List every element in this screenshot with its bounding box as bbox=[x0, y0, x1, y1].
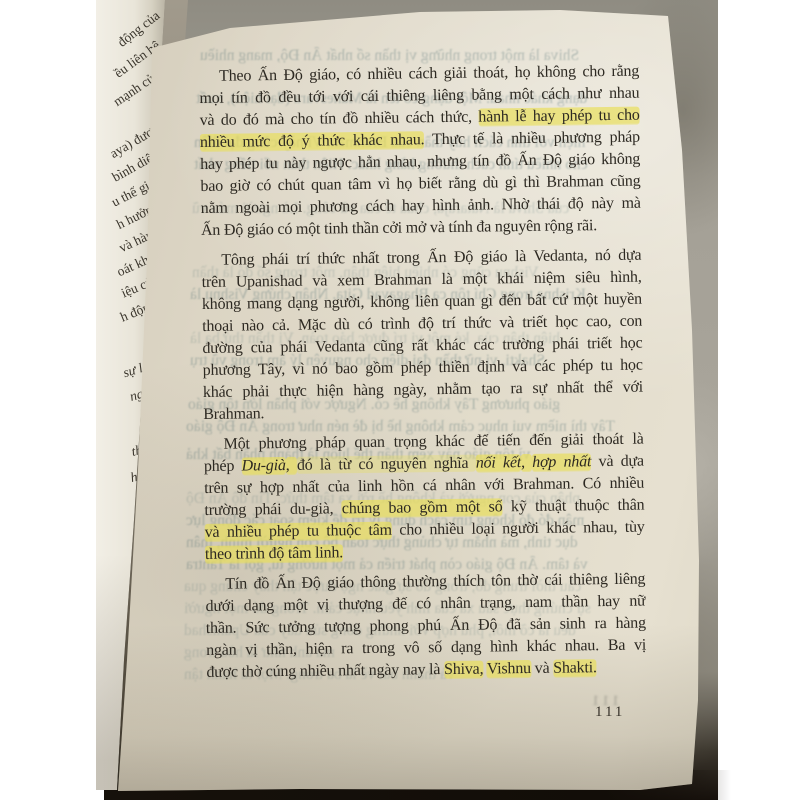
highlighted-text: Du-già bbox=[241, 457, 285, 475]
text-segment: cho nhiều loại người khác nhau, tùy bbox=[392, 519, 645, 539]
text-segment: Brahman. bbox=[203, 405, 264, 423]
text-segment: Tông phái trí thức nhất trong Ấn Độ giáo… bbox=[221, 247, 641, 269]
paragraph: Tông phái trí thức nhất trong Ấn Độ giáo… bbox=[201, 245, 643, 426]
text-segment: được thờ cúng nhiều nhất ngày nay là bbox=[206, 661, 444, 681]
text-segment: phép bbox=[204, 458, 242, 475]
text-segment: mọi tín đồ đều tới với cái thiêng liêng … bbox=[199, 85, 639, 107]
text-segment: dưới dạng một vị thượng đế có nhân trạng… bbox=[205, 593, 645, 615]
text-segment: trường phái du-già, bbox=[204, 500, 342, 519]
highlighted-text: và nhiều phép tu thuộc tâm bbox=[205, 522, 392, 541]
text-segment: thoại nào cả. Mặc dù có trình độ trí thứ… bbox=[202, 313, 642, 335]
text-segment: phương Tây, vì nó bao gồm phép thiền địn… bbox=[203, 357, 643, 379]
highlighted-text: nhiều mức độ ý thức khác nhau. bbox=[200, 131, 425, 151]
text-segment: trên sự hợp nhất của linh hồn cá nhân vớ… bbox=[204, 475, 644, 497]
text-block: Theo Ấn Độ giáo, có nhiều cách giải thoá… bbox=[199, 61, 647, 684]
text-segment: nằm ngoài mọi phương cách hay hình ảnh. … bbox=[201, 195, 641, 217]
text-segment: và dựa bbox=[591, 453, 644, 471]
highlighted-text: Vishnu bbox=[487, 660, 531, 678]
highlighted-text: chúng bao gồm một số bbox=[342, 498, 503, 517]
text-segment: khác phải thực hiện hàng ngày, nhằm tạo … bbox=[203, 379, 643, 401]
highlighted-text: , bbox=[521, 454, 532, 471]
highlighted-text: hành lễ hay phép tu cho bbox=[478, 107, 639, 126]
text-segment: hay phép tu này ngược hẳn nhau, nhưng tí… bbox=[200, 151, 640, 173]
text-segment: kỹ thuật thuộc thân bbox=[502, 497, 644, 516]
highlighted-text: nối kết bbox=[476, 454, 521, 472]
text-segment: bao giờ có chút quan tâm vì họ biết rằng… bbox=[200, 173, 640, 195]
book-photo: động củaều liên hệmạnh củaaya) đượcbình … bbox=[0, 0, 800, 800]
text-segment: trên Upanishad và xem Brahman là một khá… bbox=[202, 269, 642, 291]
highlighted-text: đó là từ có nguyên nghĩa bbox=[297, 455, 476, 474]
paragraph: Một phương pháp quan trọng khác để tiến … bbox=[203, 429, 645, 566]
highlighted-text: theo trình độ tâm linh. bbox=[205, 544, 343, 563]
text-line: Ấn Độ giáo có một tinh thần cởi mở và tí… bbox=[201, 215, 641, 242]
text-segment: Một phương pháp quan trọng khác để tiến … bbox=[224, 431, 644, 453]
text-segment: ngàn vị thần, hiện ra trong vô số dạng h… bbox=[206, 637, 646, 659]
text-line: được thờ cúng nhiều nhất ngày nay là Shi… bbox=[206, 657, 646, 684]
paragraph: Theo Ấn Độ giáo, có nhiều cách giải thoá… bbox=[199, 61, 641, 242]
text-segment: Thực tế là nhiều phương pháp bbox=[424, 129, 640, 149]
highlighted-text: hợp nhất bbox=[532, 453, 591, 471]
highlighted-text: Shakti. bbox=[553, 659, 597, 677]
highlighted-text: , bbox=[286, 457, 297, 474]
highlighted-text: Shiva, bbox=[444, 661, 483, 678]
text-segment: và do đó mà cho tín đồ nhiều cách thức, bbox=[200, 109, 479, 129]
text-segment: đường của phái Vedanta cũng rất khác các… bbox=[202, 335, 642, 357]
text-segment: thần. Sức tưởng tượng phong phú Ấn Độ đã… bbox=[206, 615, 646, 637]
page-number: 111 bbox=[595, 704, 625, 721]
paragraph: Tín đồ Ấn Độ giáo thông thường thích tôn… bbox=[205, 569, 646, 684]
text-segment: Theo Ấn Độ giáo, có nhiều cách giải thoá… bbox=[219, 63, 639, 85]
text-segment: Tín đồ Ấn Độ giáo thông thường thích tôn… bbox=[225, 571, 645, 593]
text-segment: không mang dạng người, không liên quan g… bbox=[202, 291, 642, 313]
text-line: theo trình độ tâm linh. bbox=[205, 539, 645, 566]
text-segment: Ấn Độ giáo có một tinh thần cởi mở và tí… bbox=[201, 217, 597, 239]
text-segment: và bbox=[531, 660, 554, 677]
